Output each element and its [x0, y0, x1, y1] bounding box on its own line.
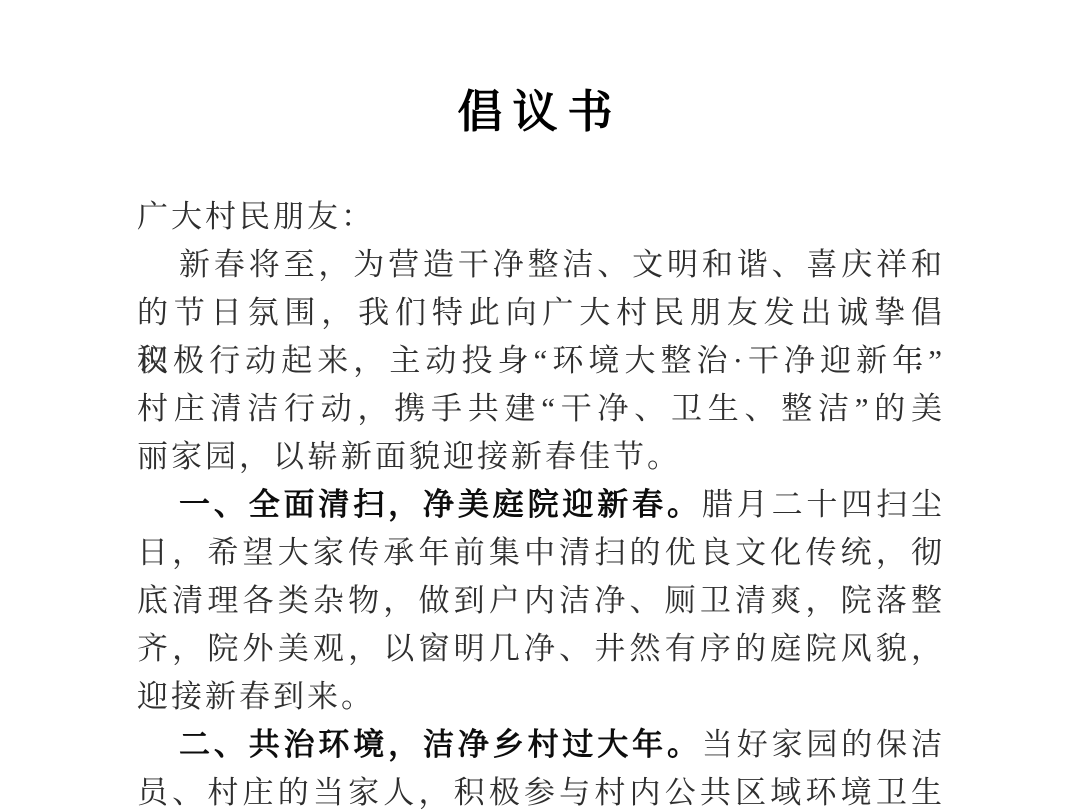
text-line: 迎接新春到来。	[137, 673, 945, 721]
section-heading: 一、全面清扫，净美庭院迎新春。	[179, 487, 702, 522]
text-line: 二、共治环境，洁净乡村过大年。当好家园的保洁	[137, 721, 945, 769]
text-line: 员、村庄的当家人，积极参与村内公共区域环境卫生	[137, 769, 945, 810]
text-run: 丽家园，以崭新面貌迎接新春佳节。	[137, 439, 681, 474]
text-line: 积极行动起来，主动投身“环境大整治·干净迎新年”	[137, 337, 945, 385]
text-run: 齐，院外美观，以窗明几净、井然有序的庭院风貌，	[137, 631, 945, 666]
text-run: 当好家园的保洁	[702, 727, 945, 762]
text-line: 底清理各类杂物，做到户内洁净、厕卫清爽，院落整	[137, 577, 945, 625]
text-line: 日，希望大家传承年前集中清扫的优良文化传统，彻	[137, 529, 945, 577]
text-run: 日，希望大家传承年前集中清扫的优良文化传统，彻	[137, 535, 945, 570]
text-line: 齐，院外美观，以窗明几净、井然有序的庭院风貌，	[137, 625, 945, 673]
text-run: 迎接新春到来。	[137, 679, 375, 714]
text-run: 员、村庄的当家人，积极参与村内公共区域环境卫生	[137, 775, 945, 810]
text-line: 一、全面清扫，净美庭院迎新春。腊月二十四扫尘	[137, 481, 945, 529]
text-line: 丽家园，以崭新面貌迎接新春佳节。	[137, 433, 945, 481]
document-body: 广大村民朋友：新春将至，为营造干净整洁、文明和谐、喜庆祥和的节日氛围，我们特此向…	[137, 193, 945, 810]
text-run: 积极行动起来，主动投身“环境大整治·干净迎新年”	[137, 343, 945, 378]
text-line: 广大村民朋友：	[137, 193, 945, 241]
text-line: 村庄清洁行动，携手共建“干净、卫生、整洁”的美	[137, 385, 945, 433]
text-line: 新春将至，为营造干净整洁、文明和谐、喜庆祥和	[137, 241, 945, 289]
section-heading: 二、共治环境，洁净乡村过大年。	[179, 727, 702, 762]
text-run: 广大村民朋友：	[137, 199, 375, 234]
text-line: 的节日氛围，我们特此向广大村民朋友发出诚挚倡议：	[137, 289, 945, 337]
document-title: 倡议书	[0, 84, 1080, 140]
text-run: 腊月二十四扫尘	[702, 487, 945, 522]
document-page: 倡议书 广大村民朋友：新春将至，为营造干净整洁、文明和谐、喜庆祥和的节日氛围，我…	[0, 0, 1080, 810]
text-run: 村庄清洁行动，携手共建“干净、卫生、整洁”的美	[137, 391, 945, 426]
text-run: 底清理各类杂物，做到户内洁净、厕卫清爽，院落整	[137, 583, 945, 618]
text-run: 新春将至，为营造干净整洁、文明和谐、喜庆祥和	[179, 247, 945, 282]
